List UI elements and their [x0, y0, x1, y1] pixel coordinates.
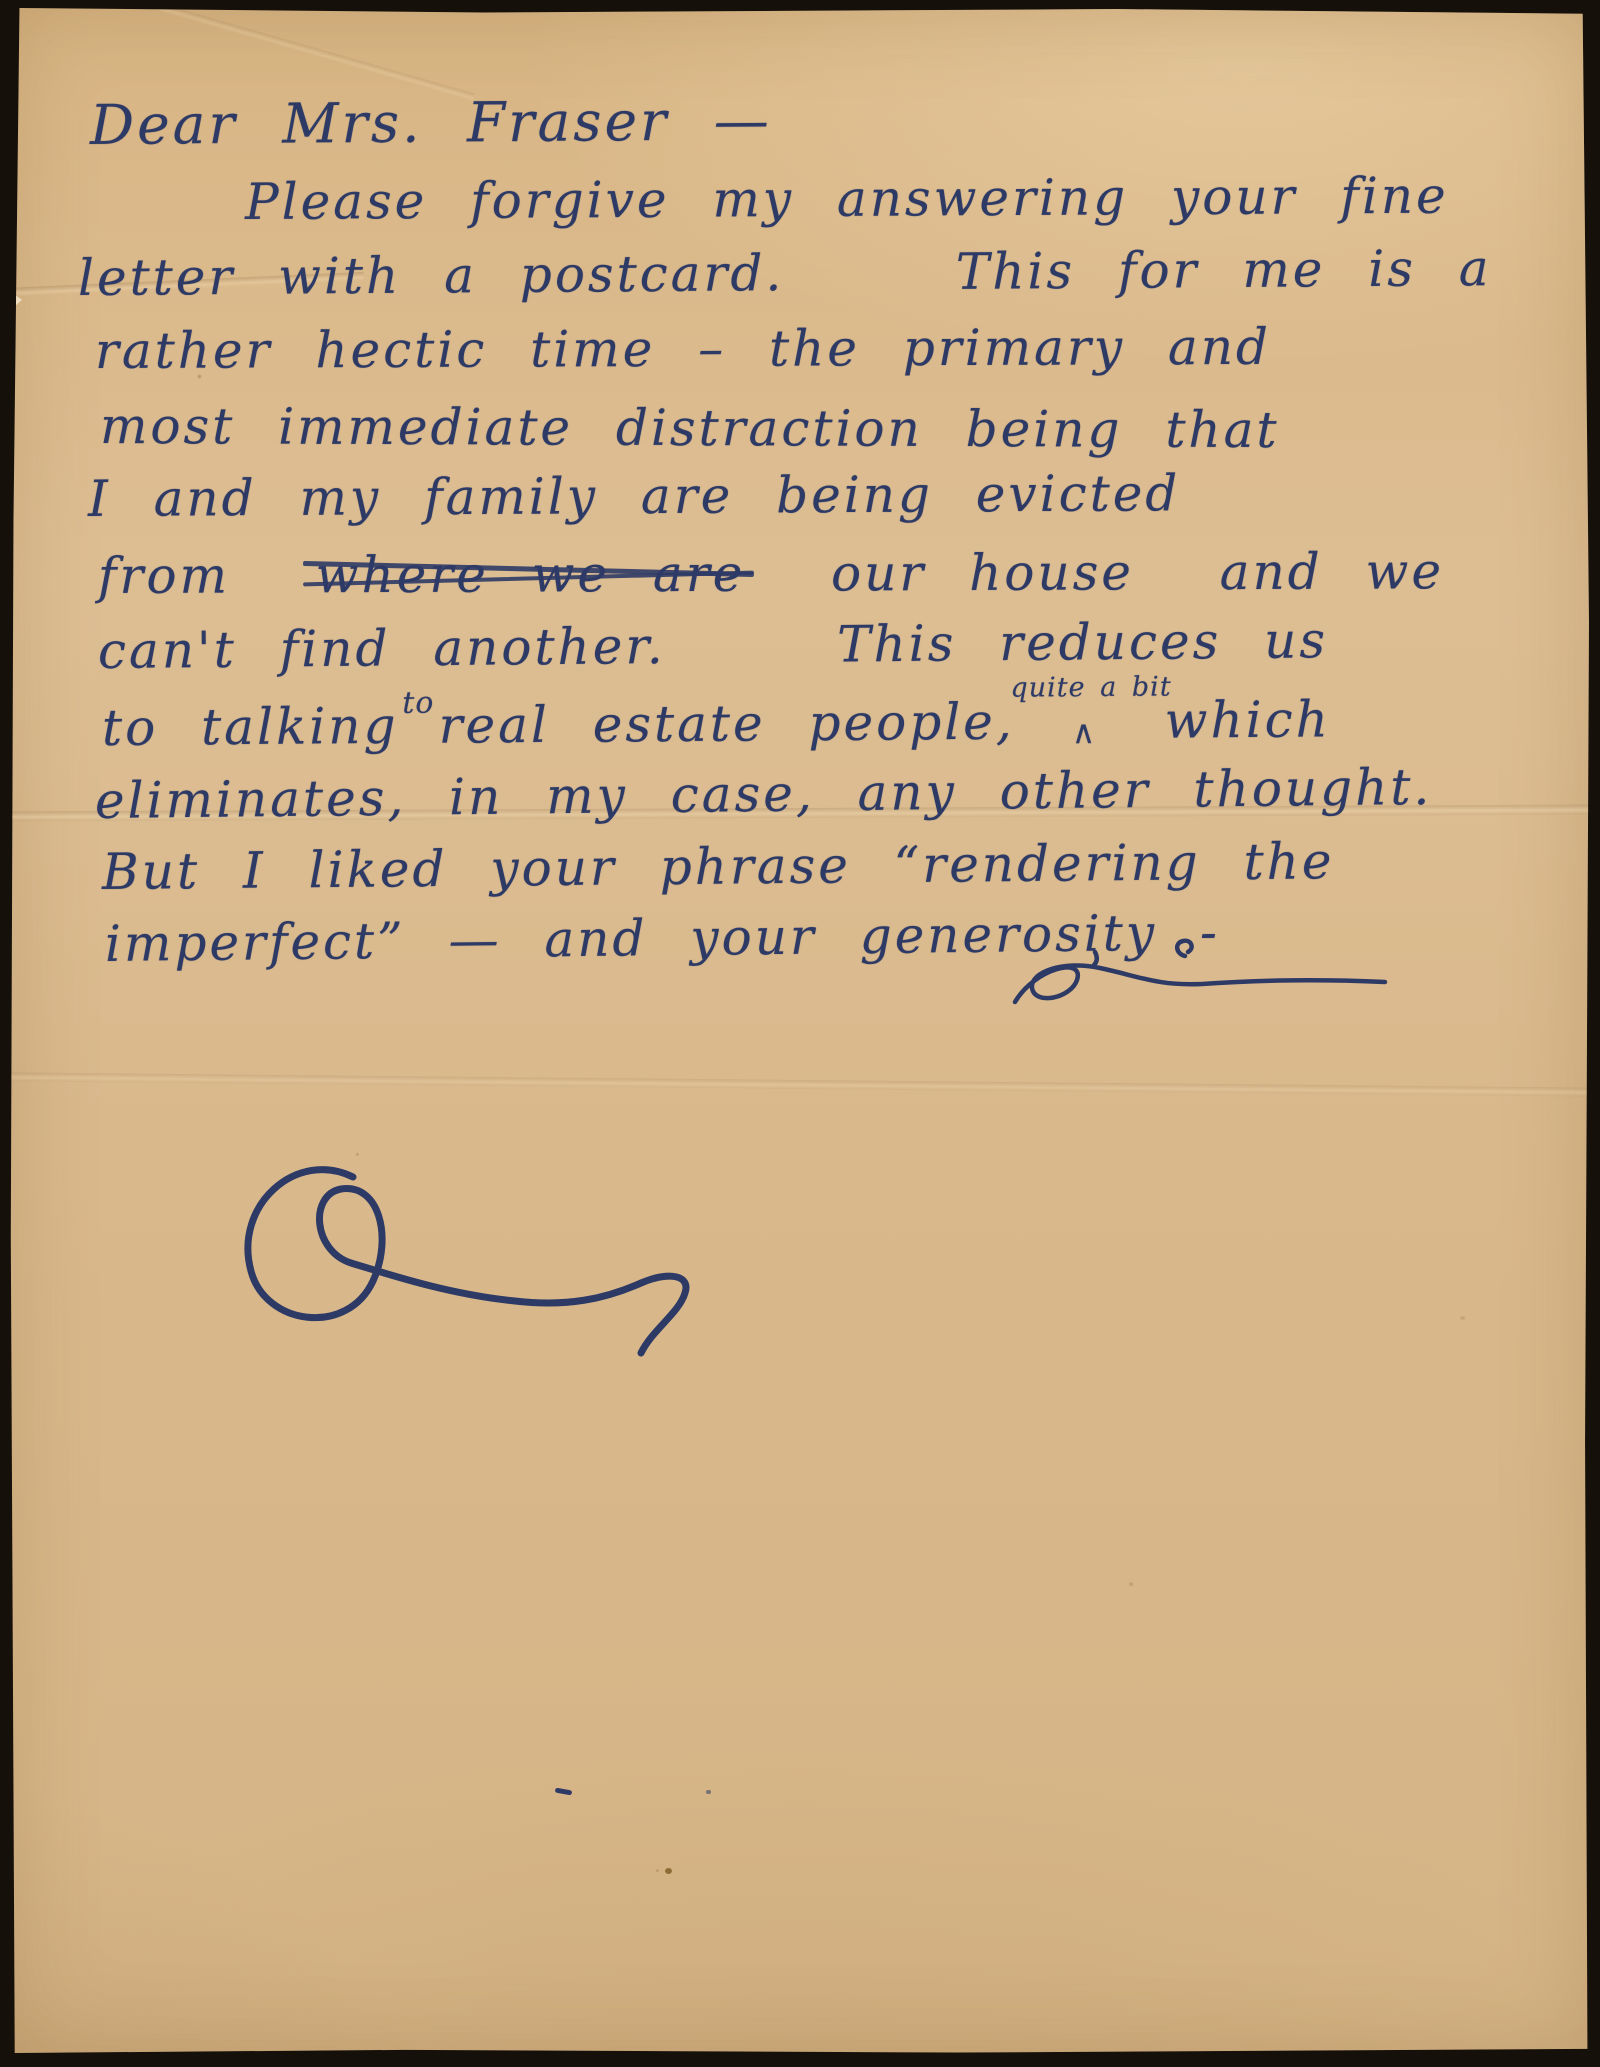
body-line: most immediate distraction being that: [100, 398, 1280, 460]
salutation-line: Dear Mrs. Fraser —: [90, 89, 772, 157]
scanned-letter-page: { "document": { "kind": "handwritten-let…: [0, 0, 1600, 2067]
fold-crease: [10, 1072, 1589, 1096]
body-line: I and my family are being evicted: [88, 465, 1181, 528]
body-line: rather hectic time – the primary and: [95, 319, 1271, 381]
closing-line: imperfect” — and your generosity -: [105, 904, 1220, 973]
paper-stain-dot: [665, 1868, 672, 1874]
wrinkle: [155, 3, 474, 102]
body-line-with-insertions: to talkingtoreal estate people,quite a b…: [102, 691, 1331, 757]
body-line: But I liked your phrase “rendering the: [102, 833, 1335, 901]
body-line: Please forgive my answering your fine: [245, 168, 1449, 232]
monogram-flourish: [205, 1133, 745, 1393]
letter-paper: Dear Mrs. Fraser — Please forgive my ans…: [10, 8, 1589, 2055]
body-line: can't find another. This reduces us: [98, 612, 1328, 680]
body-line-with-crossout: from where we are our house and we: [98, 543, 1444, 605]
body-line: letter with a postcard. This for me is a: [78, 240, 1492, 307]
stray-ink-dash: [555, 1788, 573, 1796]
body-line: eliminates, in my case, any other though…: [95, 759, 1433, 831]
edge-tear: [8, 290, 22, 312]
stray-ink-dot: [706, 1790, 711, 1794]
